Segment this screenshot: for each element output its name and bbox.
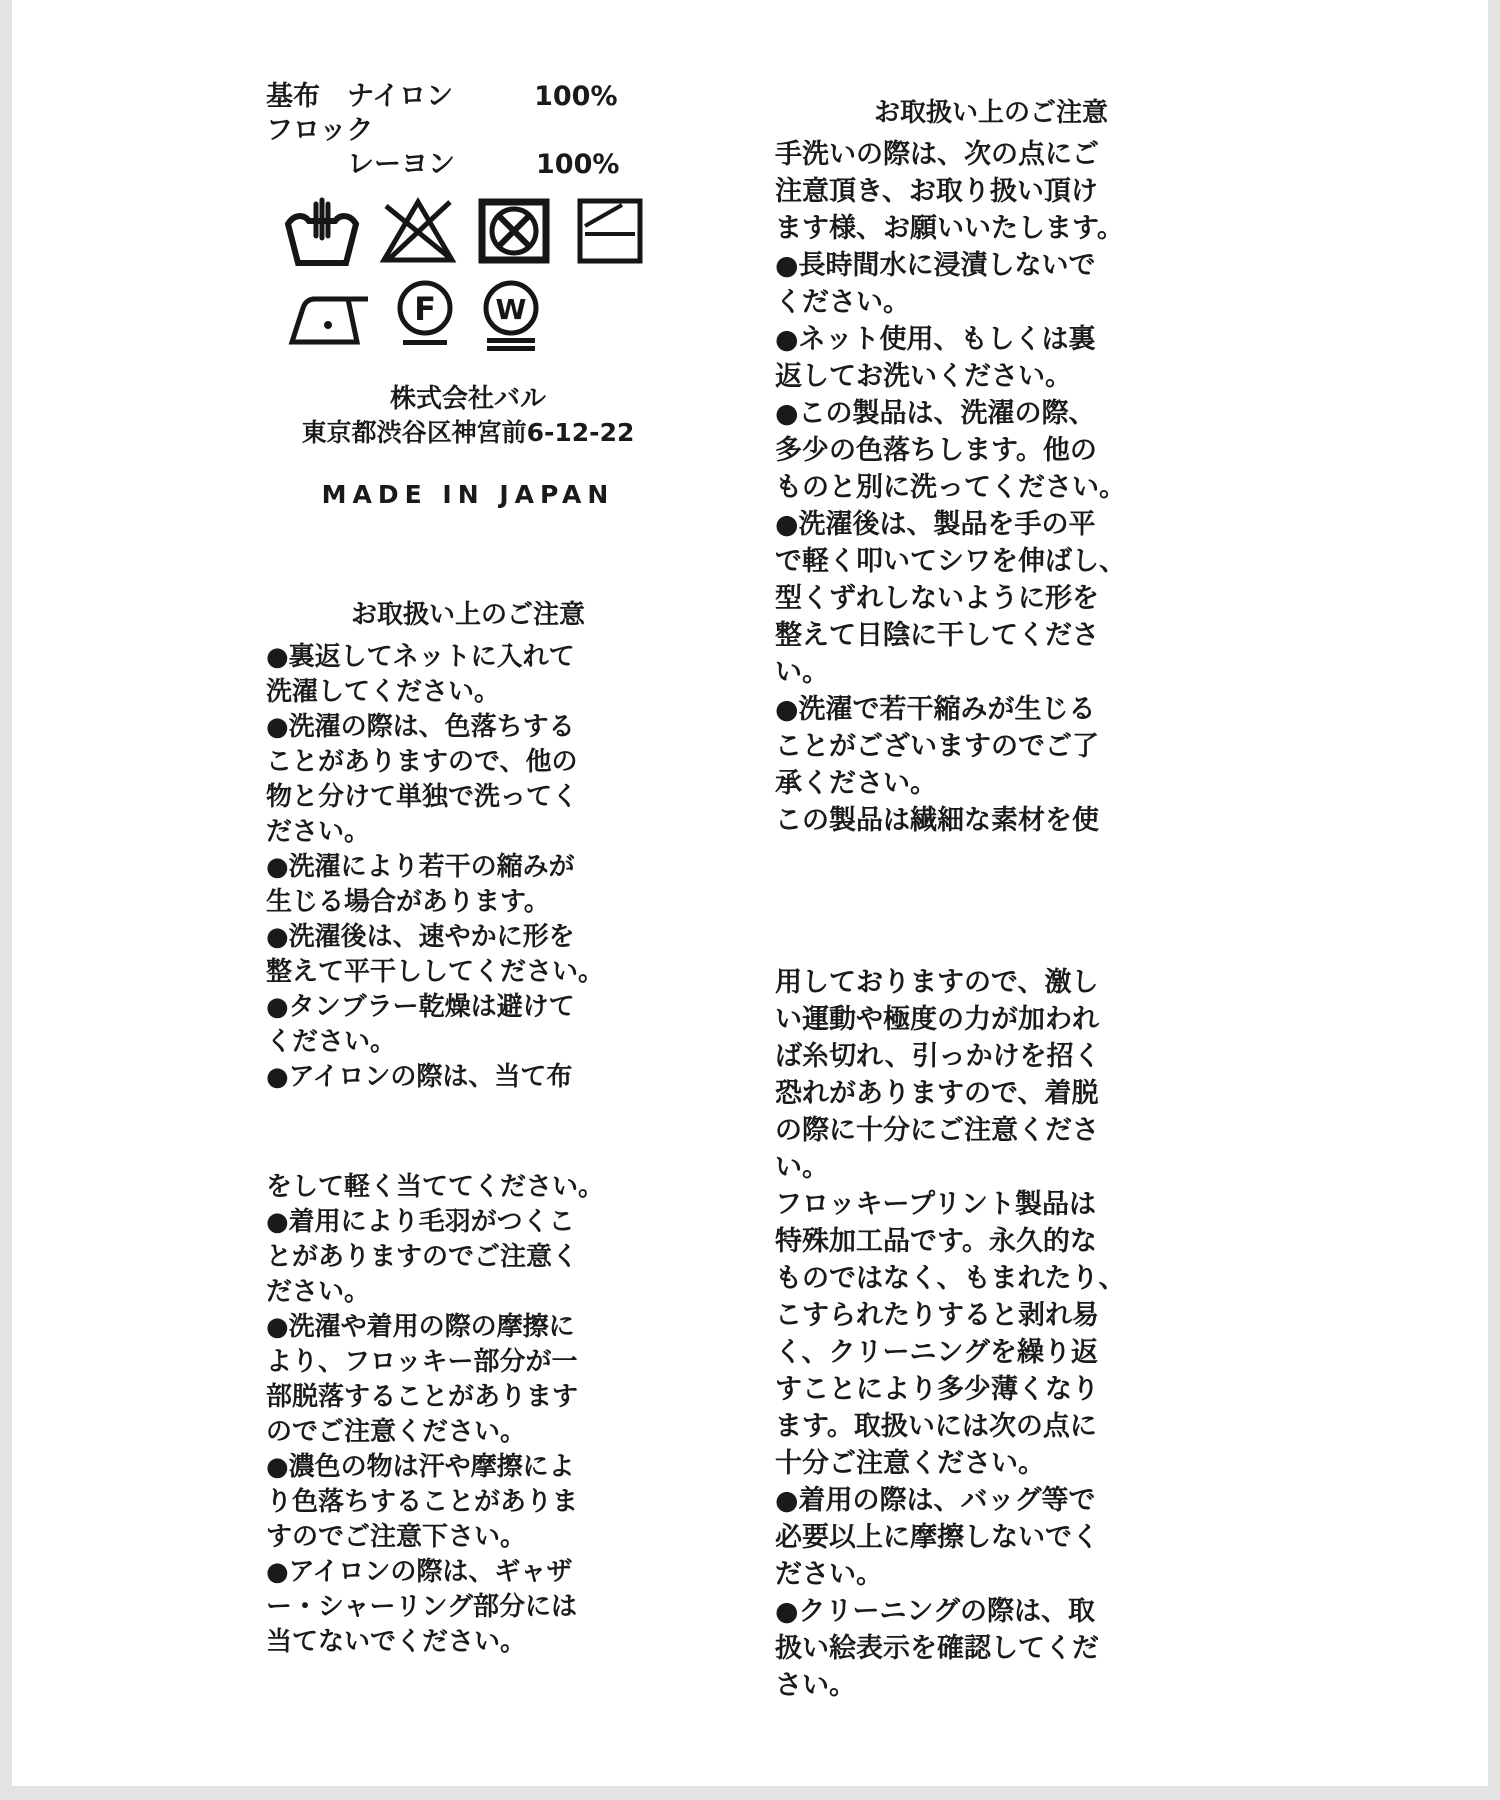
- care-symbols-row-1: [280, 192, 670, 270]
- dry-flat-in-shade-icon: [568, 192, 652, 270]
- scan-edge-bottom: [0, 1786, 1500, 1800]
- right-care-instructions-block-2: 用しておりますので、激し い運動や極度の力が加われ ば糸切れ、引っかけを招く 恐…: [775, 964, 1207, 1704]
- professional-dry-clean-F-icon: F: [388, 278, 462, 352]
- care-label-scan: 基布 ナイロン 100% フロック レーヨン 100%: [0, 0, 1500, 1800]
- svg-text:F: F: [414, 290, 436, 328]
- manufacturer-address: 東京都渋谷区神宮前6-12-22: [266, 416, 670, 450]
- care-symbols-row-2: F W: [280, 278, 670, 352]
- professional-wet-clean-W-icon: W: [474, 278, 548, 352]
- right-care-instructions-block-1: 手洗いの際は、次の点にご 注意頂き、お取り扱い頂け ます様、お願いいたします。 …: [775, 136, 1207, 839]
- hand-wash-icon: [280, 192, 364, 270]
- right-notice-title: お取扱い上のご注意: [775, 96, 1207, 130]
- do-not-tumble-dry-icon: [472, 192, 556, 270]
- country-of-origin: MADE IN JAPAN: [266, 478, 670, 512]
- left-notice-title: お取扱い上のご注意: [266, 598, 670, 632]
- manufacturer-name: 株式会社バル: [266, 382, 670, 416]
- do-not-bleach-icon: [376, 192, 460, 270]
- left-care-instructions-block-1: ●裏返してネットに入れて 洗濯してください。 ●洗濯の際は、色落ちする ことがあ…: [266, 640, 670, 1095]
- scan-edge-left: [0, 0, 12, 1800]
- left-care-instructions-block-2: をして軽く当ててください。 ●着用により毛羽がつくこ とがありますのでご注意く …: [266, 1170, 670, 1660]
- right-column: お取扱い上のご注意 手洗いの際は、次の点にご 注意頂き、お取り扱い頂け ます様、…: [775, 96, 1207, 1704]
- fabric-composition: 基布 ナイロン 100% フロック レーヨン 100%: [266, 80, 670, 182]
- iron-low-heat-icon: [280, 278, 376, 352]
- left-column: 基布 ナイロン 100% フロック レーヨン 100%: [266, 80, 670, 1660]
- svg-text:W: W: [496, 293, 527, 326]
- scan-edge-right: [1488, 0, 1500, 1800]
